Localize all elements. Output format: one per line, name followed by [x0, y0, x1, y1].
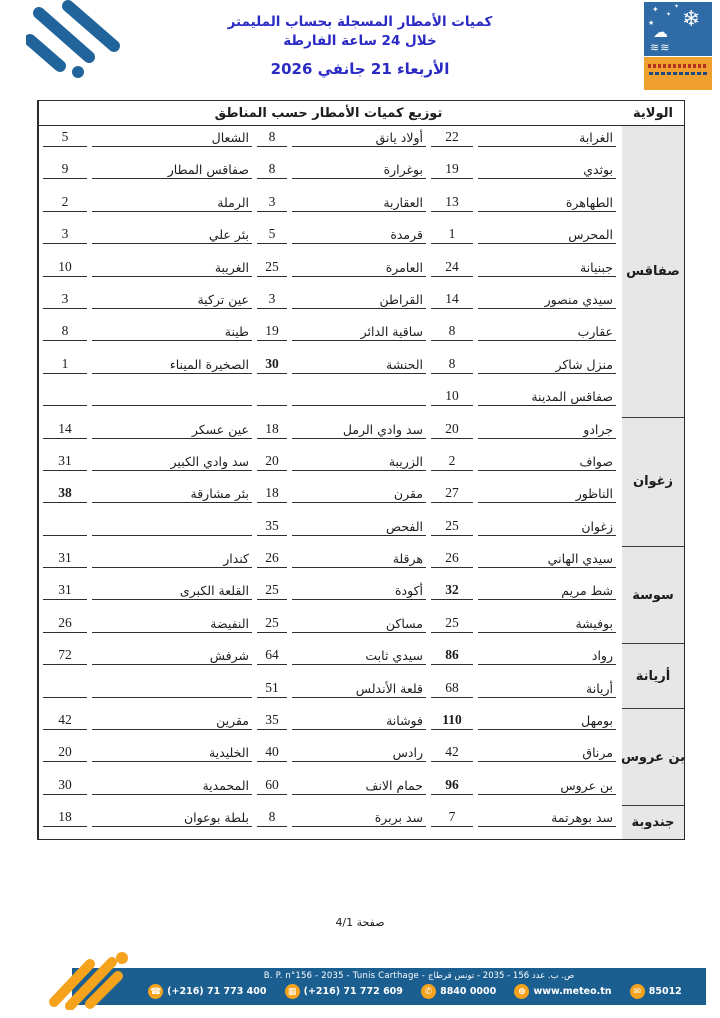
rain-value-cell: 31 — [43, 579, 87, 600]
table-row: زغوان25الفحص35 — [41, 515, 616, 547]
rain-value-cell: 1 — [431, 223, 473, 244]
snowflake-icon: ❄ — [682, 9, 700, 31]
rain-value-cell: 20 — [431, 418, 473, 439]
cloud-icon: ☁ — [653, 25, 668, 40]
rain-value-cell: 35 — [257, 515, 287, 536]
rain-value-cell — [257, 385, 287, 406]
governorate-section: سوسةسيدي الهاني26هرقلة26كندار31شط مريم32… — [38, 547, 684, 644]
region-name-cell: عين عسكر — [92, 418, 252, 439]
footer-contact-item: ✉85012 — [630, 984, 682, 999]
region-name-cell: أكودة — [292, 579, 426, 600]
rain-value-cell: 72 — [43, 644, 87, 665]
region-name-cell: بوفيشة — [478, 612, 616, 633]
table-row: سيدي الهاني26هرقلة26كندار31 — [41, 547, 616, 579]
report-title: كميات الأمطار المسجلة بحساب المليمتر خلا… — [0, 13, 720, 51]
region-name-cell: سد وادي الرمل — [292, 418, 426, 439]
region-name-cell: رادس — [292, 741, 426, 762]
governorate-column-header: الولاية — [622, 101, 684, 125]
table-row: بوثدي19بوغرارة8صفاقس المطار9 — [41, 158, 616, 190]
table-row: جبنيانة24العامرة25الغريبة10 — [41, 256, 616, 288]
rain-value-cell: 8 — [431, 353, 473, 374]
governorate-section: جندوبةسد بوهرتمة7سد بربرة8بلطة بوعوان18 — [38, 806, 684, 838]
region-name-cell: سيدي منصور — [478, 288, 616, 309]
region-name-cell: سيدي ثابت — [292, 644, 426, 665]
region-name-cell: الغرابة — [478, 126, 616, 147]
rain-value-cell: 25 — [257, 612, 287, 633]
region-name-cell: صواف — [478, 450, 616, 471]
globe-icon: ⊕ — [514, 984, 529, 999]
region-name-cell: القلعة الكبرى — [92, 579, 252, 600]
section-rows: سد بوهرتمة7سد بربرة8بلطة بوعوان18 — [38, 806, 618, 838]
region-name-cell: شرفش — [92, 644, 252, 665]
region-name-cell — [92, 385, 252, 406]
rain-value-cell: 18 — [257, 418, 287, 439]
region-name-cell: كندار — [92, 547, 252, 568]
report-date: الأربعاء 21 جانفي 2026 — [0, 60, 720, 78]
rain-value-cell: 40 — [257, 741, 287, 762]
rain-value-cell: 60 — [257, 774, 287, 795]
table-row: رواد86سيدي ثابت64شرفش72 — [41, 644, 616, 676]
rain-value-cell: 25 — [431, 612, 473, 633]
page-number: صفحة 4/1 — [0, 916, 720, 929]
rain-value-cell: 27 — [431, 482, 473, 503]
region-name-cell: قرمدة — [292, 223, 426, 244]
rain-value-cell: 31 — [43, 450, 87, 471]
region-name-cell: طينة — [92, 320, 252, 341]
rain-value-cell: 9 — [43, 158, 87, 179]
inm-logo-emblem: ✦ ✦ ✦ ★ ❄ ☁ ≋≋ — [644, 2, 712, 56]
caption-text-line — [648, 64, 708, 68]
rain-value-cell: 26 — [431, 547, 473, 568]
footer-contact-item: ▦(+216) 71 772 609 — [285, 984, 403, 999]
region-name-cell: المحرس — [478, 223, 616, 244]
table-row: جرادو20سد وادي الرمل18عين عسكر14 — [41, 418, 616, 450]
footer-address: B. P. n°156 - 2035 - Tunis Carthage - ص.… — [72, 968, 706, 981]
region-name-cell: الرملة — [92, 191, 252, 212]
rain-value-cell: 14 — [43, 418, 87, 439]
footer-contact-item: ⊕www.meteo.tn — [514, 984, 611, 999]
rain-value-cell: 38 — [43, 482, 87, 503]
rain-value-cell — [43, 515, 87, 536]
governorate-cell: أريانة — [622, 644, 684, 709]
rain-value-cell: 18 — [43, 806, 87, 827]
region-name-cell: مرناق — [478, 741, 616, 762]
orange-strokes-logo-icon — [46, 946, 138, 1010]
table-row: شط مريم32أكودة25القلعة الكبرى31 — [41, 579, 616, 611]
region-name-cell: مقرين — [92, 709, 252, 730]
table-row: عقارب8ساقية الدائر19طينة8 — [41, 320, 616, 352]
waves-icon: ≋≋ — [650, 42, 670, 53]
region-name-cell: أولاد يانق — [292, 126, 426, 147]
rain-value-cell: 13 — [431, 191, 473, 212]
footer-contacts: ☎(+216) 71 773 400▦(+216) 71 772 609✆884… — [72, 981, 706, 999]
rain-value-cell: 2 — [43, 191, 87, 212]
region-name-cell: بئر علي — [92, 223, 252, 244]
table-row: المحرس1قرمدة5بئر علي3 — [41, 223, 616, 255]
region-name-cell: الخليدية — [92, 741, 252, 762]
rain-value-cell: 51 — [257, 677, 287, 698]
region-name-cell: بومهل — [478, 709, 616, 730]
rain-value-cell: 42 — [43, 709, 87, 730]
region-name-cell: سد بوهرتمة — [478, 806, 616, 827]
rain-value-cell: 3 — [257, 288, 287, 309]
rain-value-cell: 10 — [431, 385, 473, 406]
region-name-cell: الشعال — [92, 126, 252, 147]
rain-value-cell: 5 — [257, 223, 287, 244]
section-rows: بومهل110فوشانة35مقرين42مرناق42رادس40الخل… — [38, 709, 618, 806]
region-name-cell: العامرة — [292, 256, 426, 277]
rain-value-cell — [43, 385, 87, 406]
contact-text: www.meteo.tn — [533, 986, 611, 997]
rain-value-cell: 3 — [43, 288, 87, 309]
rain-value-cell: 64 — [257, 644, 287, 665]
region-name-cell: الحنشة — [292, 353, 426, 374]
handset-icon: ✆ — [421, 984, 436, 999]
rain-value-cell: 110 — [431, 709, 473, 730]
rain-value-cell: 26 — [257, 547, 287, 568]
rain-value-cell: 96 — [431, 774, 473, 795]
governorate-section: بن عروسبومهل110فوشانة35مقرين42مرناق42راد… — [38, 709, 684, 806]
region-name-cell: الفحص — [292, 515, 426, 536]
rain-value-cell: 19 — [257, 320, 287, 341]
report-title-line2: خلال 24 ساعة الفارطة — [0, 32, 720, 51]
region-name-cell: الغريبة — [92, 256, 252, 277]
rain-value-cell: 25 — [257, 579, 287, 600]
region-name-cell: مقرن — [292, 482, 426, 503]
region-name-cell: حمام الانف — [292, 774, 426, 795]
table-row: منزل شاكر8الحنشة30الصخيرة الميناء1 — [41, 353, 616, 385]
region-name-cell: بوغرارة — [292, 158, 426, 179]
rain-value-cell: 20 — [43, 741, 87, 762]
region-name-cell — [292, 385, 426, 406]
rain-value-cell: 3 — [257, 191, 287, 212]
region-name-cell: عقارب — [478, 320, 616, 341]
region-name-cell — [92, 677, 252, 698]
region-name-cell: الطهاهرة — [478, 191, 616, 212]
caption-text-line — [649, 72, 707, 75]
table-row: سد بوهرتمة7سد بربرة8بلطة بوعوان18 — [41, 806, 616, 838]
region-name-cell: أريانة — [478, 677, 616, 698]
region-name-cell: زغوان — [478, 515, 616, 536]
region-name-cell: صفاقس المدينة — [478, 385, 616, 406]
section-rows: الغرابة22أولاد يانق8الشعال5بوثدي19بوغرار… — [38, 126, 618, 418]
region-name-cell: سد وادي الكبير — [92, 450, 252, 471]
table-row: بومهل110فوشانة35مقرين42 — [41, 709, 616, 741]
rain-value-cell: 26 — [43, 612, 87, 633]
report-title-line1: كميات الأمطار المسجلة بحساب المليمتر — [0, 13, 720, 32]
region-name-cell: الصخيرة الميناء — [92, 353, 252, 374]
fax-icon: ▦ — [285, 984, 300, 999]
contact-text: (+216) 71 772 609 — [304, 986, 403, 997]
rain-value-cell: 35 — [257, 709, 287, 730]
rain-value-cell: 22 — [431, 126, 473, 147]
region-name-cell: فوشانة — [292, 709, 426, 730]
region-name-cell: ساقية الدائر — [292, 320, 426, 341]
rain-value-cell: 8 — [257, 126, 287, 147]
footer-bar: B. P. n°156 - 2035 - Tunis Carthage - ص.… — [72, 968, 706, 1005]
star-icon: ✦ — [666, 12, 671, 18]
rainfall-table: الولاية توزيع كميات الأمطار حسب المناطق … — [37, 100, 685, 840]
rain-value-cell: 10 — [43, 256, 87, 277]
region-name-cell: سد بربرة — [292, 806, 426, 827]
rain-value-cell: 42 — [431, 741, 473, 762]
rain-value-cell: 8 — [257, 158, 287, 179]
rain-value-cell: 3 — [43, 223, 87, 244]
governorate-section: زغوانجرادو20سد وادي الرمل18عين عسكر14صوا… — [38, 418, 684, 548]
table-row: بوفيشة25مساكن25النفيضة26 — [41, 612, 616, 644]
region-name-cell: المحمدية — [92, 774, 252, 795]
table-row: صفاقس المدينة10 — [41, 385, 616, 417]
table-row: أريانة68قلعة الأندلس51 — [41, 677, 616, 709]
rain-value-cell: 14 — [431, 288, 473, 309]
rain-value-cell: 86 — [431, 644, 473, 665]
region-name-cell: رواد — [478, 644, 616, 665]
region-name-cell: الزريبة — [292, 450, 426, 471]
rain-value-cell: 32 — [431, 579, 473, 600]
governorate-cell: صفاقس — [622, 126, 684, 418]
table-header-row: الولاية توزيع كميات الأمطار حسب المناطق — [38, 101, 684, 126]
section-rows: سيدي الهاني26هرقلة26كندار31شط مريم32أكود… — [38, 547, 618, 644]
region-name-cell: جرادو — [478, 418, 616, 439]
star-icon: ✦ — [652, 6, 659, 14]
region-name-cell: جبنيانة — [478, 256, 616, 277]
region-name-cell: عين تركية — [92, 288, 252, 309]
region-name-cell: سيدي الهاني — [478, 547, 616, 568]
governorate-cell: جندوبة — [622, 806, 684, 838]
region-name-cell: بن عروس — [478, 774, 616, 795]
table-row: سيدي منصور14القراطن3عين تركية3 — [41, 288, 616, 320]
rain-value-cell: 30 — [43, 774, 87, 795]
rain-value-cell: 25 — [431, 515, 473, 536]
region-name-cell: بئر مشارقة — [92, 482, 252, 503]
governorate-section: صفاقسالغرابة22أولاد يانق8الشعال5بوثدي19ب… — [38, 126, 684, 418]
table-row: مرناق42رادس40الخليدية20 — [41, 741, 616, 773]
region-name-cell: الناظور — [478, 482, 616, 503]
rain-value-cell: 20 — [257, 450, 287, 471]
region-name-cell: النفيضة — [92, 612, 252, 633]
document-page: كميات الأمطار المسجلة بحساب المليمتر خلا… — [0, 0, 720, 1018]
governorate-cell: زغوان — [622, 418, 684, 548]
governorate-section: أريانةرواد86سيدي ثابت64شرفش72أريانة68قلع… — [38, 644, 684, 709]
rain-value-cell: 7 — [431, 806, 473, 827]
rain-value-cell: 30 — [257, 353, 287, 374]
region-name-cell: بلطة بوعوان — [92, 806, 252, 827]
region-name-cell: صفاقس المطار — [92, 158, 252, 179]
region-name-cell: مساكن — [292, 612, 426, 633]
region-name-cell: شط مريم — [478, 579, 616, 600]
table-row: صواف2الزريبة20سد وادي الكبير31 — [41, 450, 616, 482]
governorate-cell: سوسة — [622, 547, 684, 644]
region-name-cell: بوثدي — [478, 158, 616, 179]
governorate-cell: بن عروس — [622, 709, 684, 806]
footer-contact-item: ☎(+216) 71 773 400 — [148, 984, 266, 999]
rain-value-cell: 8 — [431, 320, 473, 341]
footer-contact-item: ✆8840 0000 — [421, 984, 496, 999]
rain-value-cell: 18 — [257, 482, 287, 503]
region-name-cell: قلعة الأندلس — [292, 677, 426, 698]
table-row: الناظور27مقرن18بئر مشارقة38 — [41, 482, 616, 514]
table-row: الطهاهرة13العقاربة3الرملة2 — [41, 191, 616, 223]
region-name-cell: هرقلة — [292, 547, 426, 568]
rain-value-cell: 19 — [431, 158, 473, 179]
phone-icon: ☎ — [148, 984, 163, 999]
region-name-cell: منزل شاكر — [478, 353, 616, 374]
section-rows: رواد86سيدي ثابت64شرفش72أريانة68قلعة الأن… — [38, 644, 618, 709]
region-name-cell — [92, 515, 252, 536]
rain-value-cell: 8 — [257, 806, 287, 827]
rain-value-cell: 31 — [43, 547, 87, 568]
regions-distribution-header: توزيع كميات الأمطار حسب المناطق — [38, 101, 618, 125]
sms-icon: ✉ — [630, 984, 645, 999]
rain-value-cell: 25 — [257, 256, 287, 277]
rain-value-cell: 1 — [43, 353, 87, 374]
table-row: الغرابة22أولاد يانق8الشعال5 — [41, 126, 616, 158]
inm-logo: ✦ ✦ ✦ ★ ❄ ☁ ≋≋ — [644, 2, 712, 90]
star-icon: ✦ — [674, 4, 679, 10]
region-name-cell: العقاربة — [292, 191, 426, 212]
contact-text: 8840 0000 — [440, 986, 496, 997]
rain-value-cell: 5 — [43, 126, 87, 147]
rain-value-cell: 24 — [431, 256, 473, 277]
inm-logo-caption-band — [644, 57, 712, 90]
rain-value-cell: 2 — [431, 450, 473, 471]
contact-text: (+216) 71 773 400 — [167, 986, 266, 997]
table-body: صفاقسالغرابة22أولاد يانق8الشعال5بوثدي19ب… — [38, 126, 684, 839]
rain-value-cell: 8 — [43, 320, 87, 341]
rain-value-cell — [43, 677, 87, 698]
table-row: بن عروس96حمام الانف60المحمدية30 — [41, 774, 616, 806]
rain-value-cell: 68 — [431, 677, 473, 698]
region-name-cell: القراطن — [292, 288, 426, 309]
contact-text: 85012 — [649, 986, 682, 997]
section-rows: جرادو20سد وادي الرمل18عين عسكر14صواف2الز… — [38, 418, 618, 548]
